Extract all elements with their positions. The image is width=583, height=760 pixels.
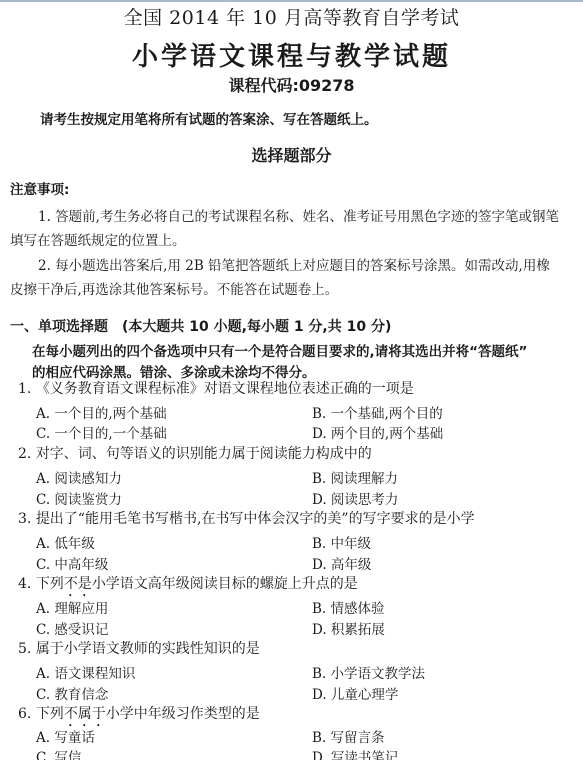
question-stem: 4. 下列不是小学语文高年级阅读目标的螺旋上升点的是 [18,573,358,600]
question-number: 6. [18,706,31,722]
question-text-post: 小学语文高年级阅读目标的螺旋上升点的是 [92,576,358,592]
exam-instruction: 请考生按规定用笔将所有试题的答案涂、写在答题纸上。 [40,108,378,128]
option-a: A. 一个目的,两个基础 [36,402,167,422]
question-text: 《义务教育语文课程标准》对语文课程地位表述正确的一项是 [36,381,414,397]
question-number: 4. [18,576,31,592]
option-b: B. 中年级 [312,532,371,552]
question-stem: 1. 《义务教育语文课程标准》对语文课程地位表述正确的一项是 [18,378,414,398]
option-d: D. 写读书笔记 [312,746,398,760]
question-number: 1. [18,381,31,397]
question-text: 提出了“能用毛笔书写楷书,在书写中体会汉字的美”的写字要求的是小学 [36,511,475,527]
option-c: C. 阅读鉴赏力 [36,488,122,508]
option-c: C. 中高年级 [36,553,108,573]
option-b: B. 小学语文教学法 [312,662,425,682]
notice-item-text: 2. 每小题选出答案后,用 2B 铅笔把答题纸上对应题目的答案标号涂黑。如需改动… [38,258,550,274]
subject-title: 小学语文课程与教学试题 [0,36,583,73]
emphasized-text: 不是 [64,576,92,592]
option-c: C. 感受识记 [36,618,108,638]
question-text: 对字、词、句等语义的识别能力属于阅读能力构成中的 [36,446,372,462]
option-d: D. 两个目的,两个基础 [312,422,443,442]
question-stem: 5. 属于小学语文教师的实践性知识的是 [18,638,260,658]
option-d: D. 儿童心理学 [312,683,398,703]
option-b: B. 阅读理解力 [312,467,398,487]
option-d: D. 阅读思考力 [312,488,398,508]
question-text: 属于小学语文教师的实践性知识的是 [36,641,260,657]
emphasized-text: 不属于 [64,706,106,722]
notice-item-text: 1. 答题前,考生务必将自己的考试课程名称、姓名、准考证号用黑色字迹的签字笔或钢… [38,209,559,225]
option-d: D. 高年级 [312,553,371,573]
option-a: A. 阅读感知力 [36,467,122,487]
question-stem: 3. 提出了“能用毛笔书写楷书,在书写中体会汉字的美”的写字要求的是小学 [18,508,475,528]
part-one-desc-line1: 在每小题列出的四个备选项中只有一个是符合题目要求的,请将其选出并将“答题纸” [32,340,527,360]
question-text-pre: 下列 [36,576,64,592]
notice-item-1-line1: 1. 答题前,考生务必将自己的考试课程名称、姓名、准考证号用黑色字迹的签字笔或钢… [10,205,575,225]
question-number: 5. [18,641,31,657]
part-one-heading: 一、单项选择题 (本大题共 10 小题,每小题 1 分,共 10 分) [10,316,391,336]
notice-heading: 注意事项: [10,178,69,198]
option-b: B. 情感体验 [312,597,385,617]
question-stem: 2. 对字、词、句等语义的识别能力属于阅读能力构成中的 [18,443,372,463]
option-c: C. 一个目的,一个基础 [36,422,167,442]
option-d: D. 积累拓展 [312,618,385,638]
option-a: A. 低年级 [36,532,95,552]
option-a: A. 语文课程知识 [36,662,135,682]
question-text-post: 小学中年级习作类型的是 [106,706,260,722]
notice-item-2-line2: 皮擦干净后,再选涂其他答案标号。不能答在试题卷上。 [10,278,575,298]
course-code: 课程代码:09278 [0,73,583,96]
option-b: B. 一个基础,两个目的 [312,402,443,422]
option-a: A. 写童话 [36,726,95,746]
option-b: B. 写留言条 [312,726,385,746]
notice-item-2-line1: 2. 每小题选出答案后,用 2B 铅笔把答题纸上对应题目的答案标号涂黑。如需改动… [10,254,575,274]
question-number: 3. [18,511,31,527]
question-number: 2. [18,446,31,462]
exam-title: 全国 2014 年 10 月高等教育自学考试 [0,3,583,30]
option-c: C. 教育信念 [36,683,108,703]
notice-item-1-line2: 填写在答题纸规定的位置上。 [10,229,575,249]
option-c: C. 写信 [36,746,81,760]
question-text-pre: 下列 [36,706,64,722]
option-a: A. 理解应用 [36,597,108,617]
section-title: 选择题部分 [0,143,583,166]
